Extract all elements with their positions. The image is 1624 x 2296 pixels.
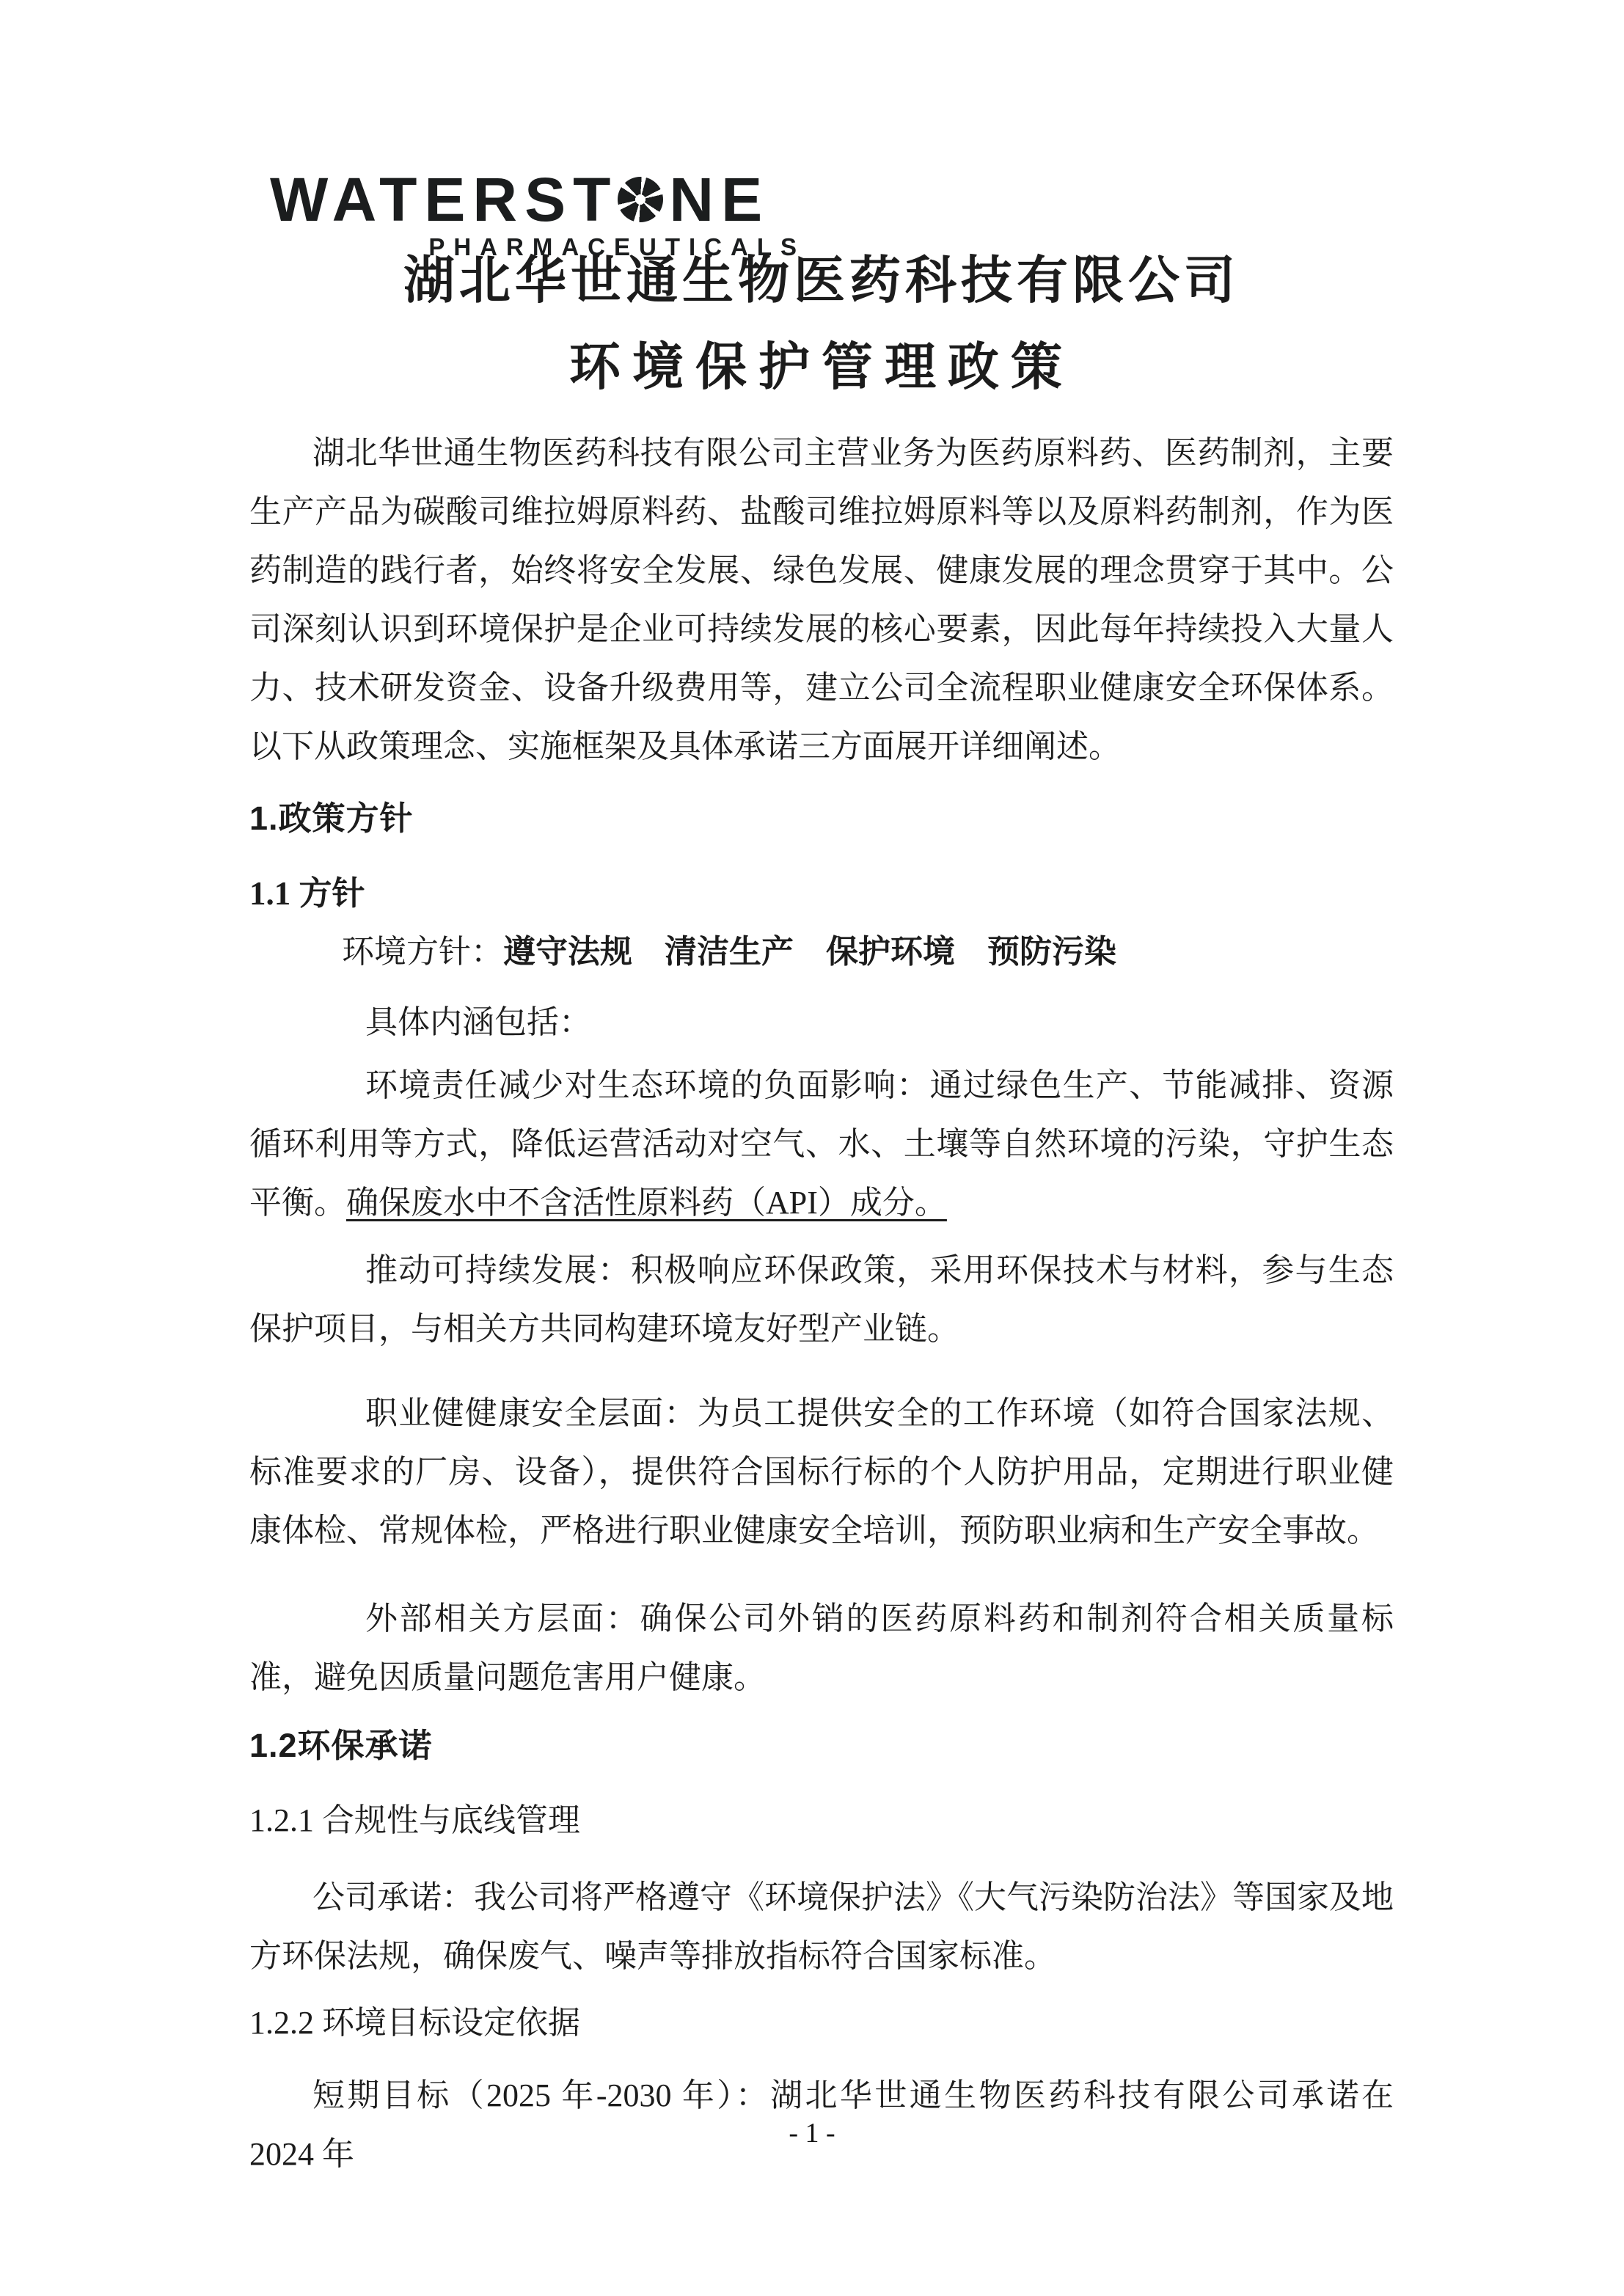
logo-wordmark-right: NE xyxy=(669,169,769,230)
intro-paragraph: 湖北华世通生物医药科技有限公司主营业务为医药原料药、医药制剂，主要生产产品为碳酸… xyxy=(249,424,1394,776)
policy-item: 保护环境 xyxy=(826,934,955,970)
policy-item: 清洁生产 xyxy=(665,934,794,970)
company-title: 湖北华世通生物医药科技有限公司 xyxy=(249,248,1394,315)
pinwheel-o-icon xyxy=(618,177,663,222)
section-heading-1: 1.政策方针 xyxy=(249,797,1394,841)
underlined-commitment: 确保废水中不含活性原料药（API）成分。 xyxy=(346,1185,947,1221)
document-page: WATERST NE PHARMACEUTICALS 湖北华世通生物医药科技有限… xyxy=(0,0,1624,2296)
doc-title: 环境保护管理政策 xyxy=(249,334,1394,401)
policy-item: 遵守法规 xyxy=(503,934,632,970)
paragraph-environment: 环境责任减少对生态环境的负面影响：通过绿色生产、节能减排、资源循环利用等方式，降… xyxy=(249,1056,1394,1232)
policy-prefix: 环境方针： xyxy=(342,934,503,970)
page-content: WATERST NE PHARMACEUTICALS 湖北华世通生物医药科技有限… xyxy=(249,0,1394,2296)
paragraph-occupational-health: 职业健健康安全层面：为员工提供安全的工作环境（如符合国家法规、标准要求的厂房、设… xyxy=(249,1384,1394,1560)
include-line: 具体内涵包括： xyxy=(249,993,1394,1052)
paragraph-external-parties: 外部相关方层面：确保公司外销的医药原料药和制剂符合相关质量标准，避免因质量问题危… xyxy=(249,1590,1394,1707)
page-number: - 1 - xyxy=(0,2117,1624,2149)
logo-wordmark-left: WATERST xyxy=(270,169,618,230)
paragraph-sustainability: 推动可持续发展：积极响应环保政策，采用环保技术与材料，参与生态保护项目，与相关方… xyxy=(249,1241,1394,1359)
paragraph-compliance: 公司承诺：我公司将严格遵守《环境保护法》《大气污染防治法》等国家及地方环保法规，… xyxy=(249,1868,1394,1986)
logo-wordmark: WATERST NE xyxy=(270,169,805,230)
section-heading-1-1: 1.1 方针 xyxy=(249,871,1394,915)
section-heading-1-2-1: 1.2.1 合规性与底线管理 xyxy=(249,1799,1394,1843)
policy-item: 预防污染 xyxy=(987,934,1116,970)
policy-line: 环境方针：遵守法规清洁生产保护环境预防污染 xyxy=(249,923,1394,981)
section-heading-1-2-2: 1.2.2 环境目标设定依据 xyxy=(249,2001,1394,2045)
section-heading-1-2: 1.2环保承诺 xyxy=(249,1724,1394,1768)
